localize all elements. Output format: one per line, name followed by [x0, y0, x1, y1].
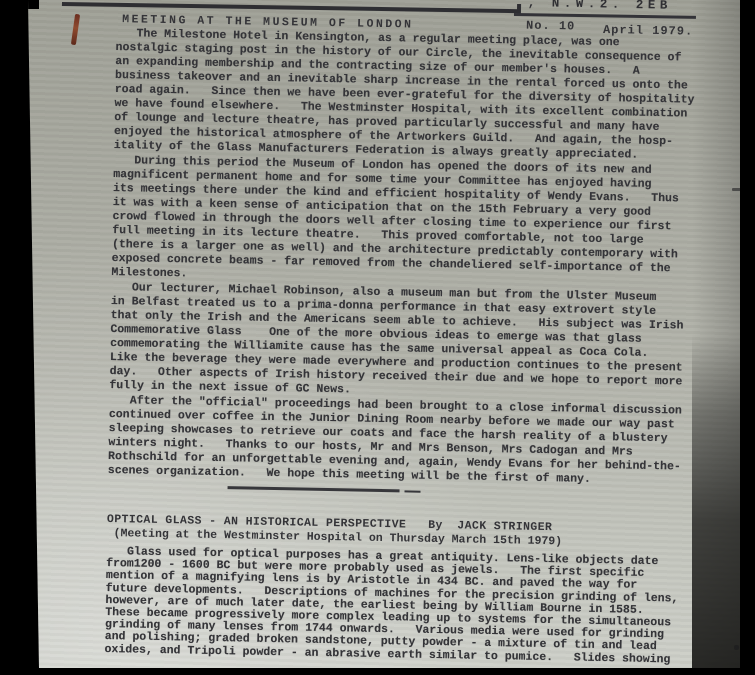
issue-date: April 1979. — [603, 23, 693, 39]
typed-content: MEETING AT THE MUSEUM OF LONDON No. 10 A… — [104, 13, 738, 668]
frame-notch — [28, 0, 39, 9]
article1-paragraph: Our lecturer, Michael Robinson, also a m… — [109, 281, 733, 404]
pen-mark — [71, 14, 80, 45]
letterhead-rule — [62, 2, 520, 13]
issue-number: No. 10 — [526, 19, 575, 34]
article1-paragraph: During this period the Museum of London … — [111, 154, 735, 291]
divider-line — [228, 486, 400, 492]
letterhead-address-fragment: , N.W.2. 2EB — [528, 0, 672, 15]
scan-artifact — [734, 645, 739, 650]
article1-paragraph: After the "official" proceedings had bee… — [108, 394, 731, 489]
scan-frame: , N.W.2. 2EB MEETING AT THE MUSEUM OF LO… — [0, 0, 755, 675]
scanned-page: , N.W.2. 2EB MEETING AT THE MUSEUM OF LO… — [28, 0, 740, 668]
article1-paragraph: The Milestone Hotel in Kensington, as a … — [114, 27, 738, 164]
scan-artifact — [732, 188, 740, 191]
divider-dash — [404, 490, 420, 493]
article2-paragraph: Glass used for optical purposes has a gr… — [104, 546, 728, 667]
